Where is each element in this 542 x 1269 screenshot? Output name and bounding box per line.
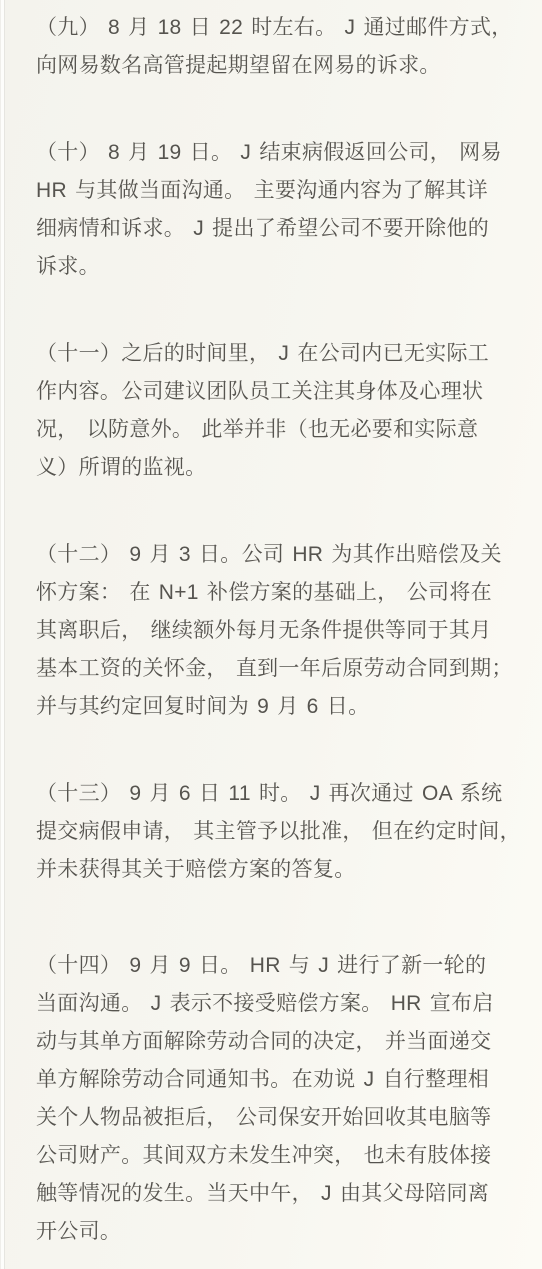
paragraph-十: （十） 8 月 19 日。 J 结束病假返回公司， 网易HR 与其做当面沟通。 … <box>36 134 516 286</box>
text-line: 开公司。 <box>36 1213 516 1251</box>
text-line: 向网易数名高管提起期望留在网易的诉求。 <box>36 47 516 85</box>
article-text: （九） 8 月 18 日 22 时左右。 J 通过邮件方式，向网易数名高管提起期… <box>0 0 542 1269</box>
text-line: 触等情况的发生。当天中午， J 由其父母陪同离 <box>36 1175 516 1213</box>
text-line: （十四） 9 月 9 日。 HR 与 J 进行了新一轮的 <box>36 947 516 985</box>
text-line: HR 与其做当面沟通。 主要沟通内容为了解其详 <box>36 172 516 210</box>
text-line: 细病情和诉求。 J 提出了希望公司不要开除他的 <box>36 210 516 248</box>
text-line: 动与其单方面解除劳动合同的决定， 并当面递交 <box>36 1023 516 1061</box>
text-line: 提交病假申请， 其主管予以批准， 但在约定时间， <box>36 813 516 851</box>
text-line: （十一）之后的时间里， J 在公司内已无实际工 <box>36 335 516 373</box>
text-line: （十二） 9 月 3 日。公司 HR 为其作出赔偿及关 <box>36 536 516 574</box>
text-line: 基本工资的关怀金， 直到一年后原劳动合同到期； <box>36 650 516 688</box>
paragraph-十四: （十四） 9 月 9 日。 HR 与 J 进行了新一轮的当面沟通。 J 表示不接… <box>36 947 516 1251</box>
text-line: （十三） 9 月 6 日 11 时。 J 再次通过 OA 系统 <box>36 775 516 813</box>
text-line: 并未获得其关于赔偿方案的答复。 <box>36 851 516 889</box>
text-line: 作内容。公司建议团队员工关注其身体及心理状 <box>36 373 516 411</box>
text-line: （十） 8 月 19 日。 J 结束病假返回公司， 网易 <box>36 134 516 172</box>
text-line: 公司财产。其间双方未发生冲突， 也未有肢体接 <box>36 1137 516 1175</box>
paragraph-十三: （十三） 9 月 6 日 11 时。 J 再次通过 OA 系统提交病假申请， 其… <box>36 775 516 889</box>
text-line: （九） 8 月 18 日 22 时左右。 J 通过邮件方式， <box>36 9 516 47</box>
text-line: 诉求。 <box>36 248 516 286</box>
paragraph-十二: （十二） 9 月 3 日。公司 HR 为其作出赔偿及关怀方案： 在 N+1 补偿… <box>36 536 516 726</box>
text-line: 况， 以防意外。 此举并非（也无必要和实际意 <box>36 411 516 449</box>
text-line: 怀方案： 在 N+1 补偿方案的基础上， 公司将在 <box>36 574 516 612</box>
paragraph-十一: （十一）之后的时间里， J 在公司内已无实际工作内容。公司建议团队员工关注其身体… <box>36 335 516 487</box>
text-line: 义）所谓的监视。 <box>36 449 516 487</box>
text-line: 单方解除劳动合同通知书。在劝说 J 自行整理相 <box>36 1061 516 1099</box>
text-line: 关个人物品被拒后， 公司保安开始回收其电脑等 <box>36 1099 516 1137</box>
text-line: 当面沟通。 J 表示不接受赔偿方案。 HR 宣布启 <box>36 985 516 1023</box>
paragraph-九: （九） 8 月 18 日 22 时左右。 J 通过邮件方式，向网易数名高管提起期… <box>36 9 516 85</box>
text-line: 并与其约定回复时间为 9 月 6 日。 <box>36 688 516 726</box>
text-line: 其离职后， 继续额外每月无条件提供等同于其月 <box>36 612 516 650</box>
